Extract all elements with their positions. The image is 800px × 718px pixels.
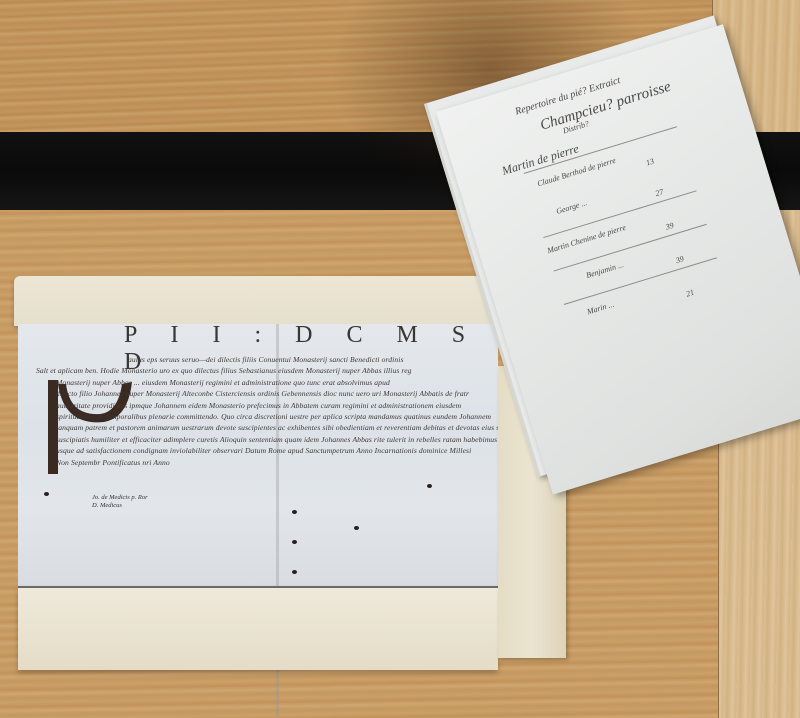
register-booklet: Repertoire du pié? Extraict Champcieu? p… bbox=[424, 32, 794, 502]
bull-margin-notes: Jo. de Medicis p. Ror D. Medicus bbox=[92, 494, 148, 510]
margin-note: Jo. de Medicis p. Ror bbox=[92, 494, 148, 502]
photo-scene: P I I : D C M S D aulus eps seruus seruo… bbox=[0, 0, 800, 718]
bull-top-fold bbox=[14, 276, 494, 326]
seal-cord-hole bbox=[292, 570, 297, 574]
seal-cord-hole bbox=[44, 492, 49, 496]
register-cover-page: Repertoire du pié? Extraict Champcieu? p… bbox=[436, 24, 800, 494]
seal-cord-hole bbox=[354, 526, 359, 530]
seal-cord-hole bbox=[292, 540, 297, 544]
bull-bottom-plica bbox=[18, 586, 498, 670]
seal-cord-hole bbox=[292, 510, 297, 514]
margin-note: D. Medicus bbox=[92, 502, 148, 510]
